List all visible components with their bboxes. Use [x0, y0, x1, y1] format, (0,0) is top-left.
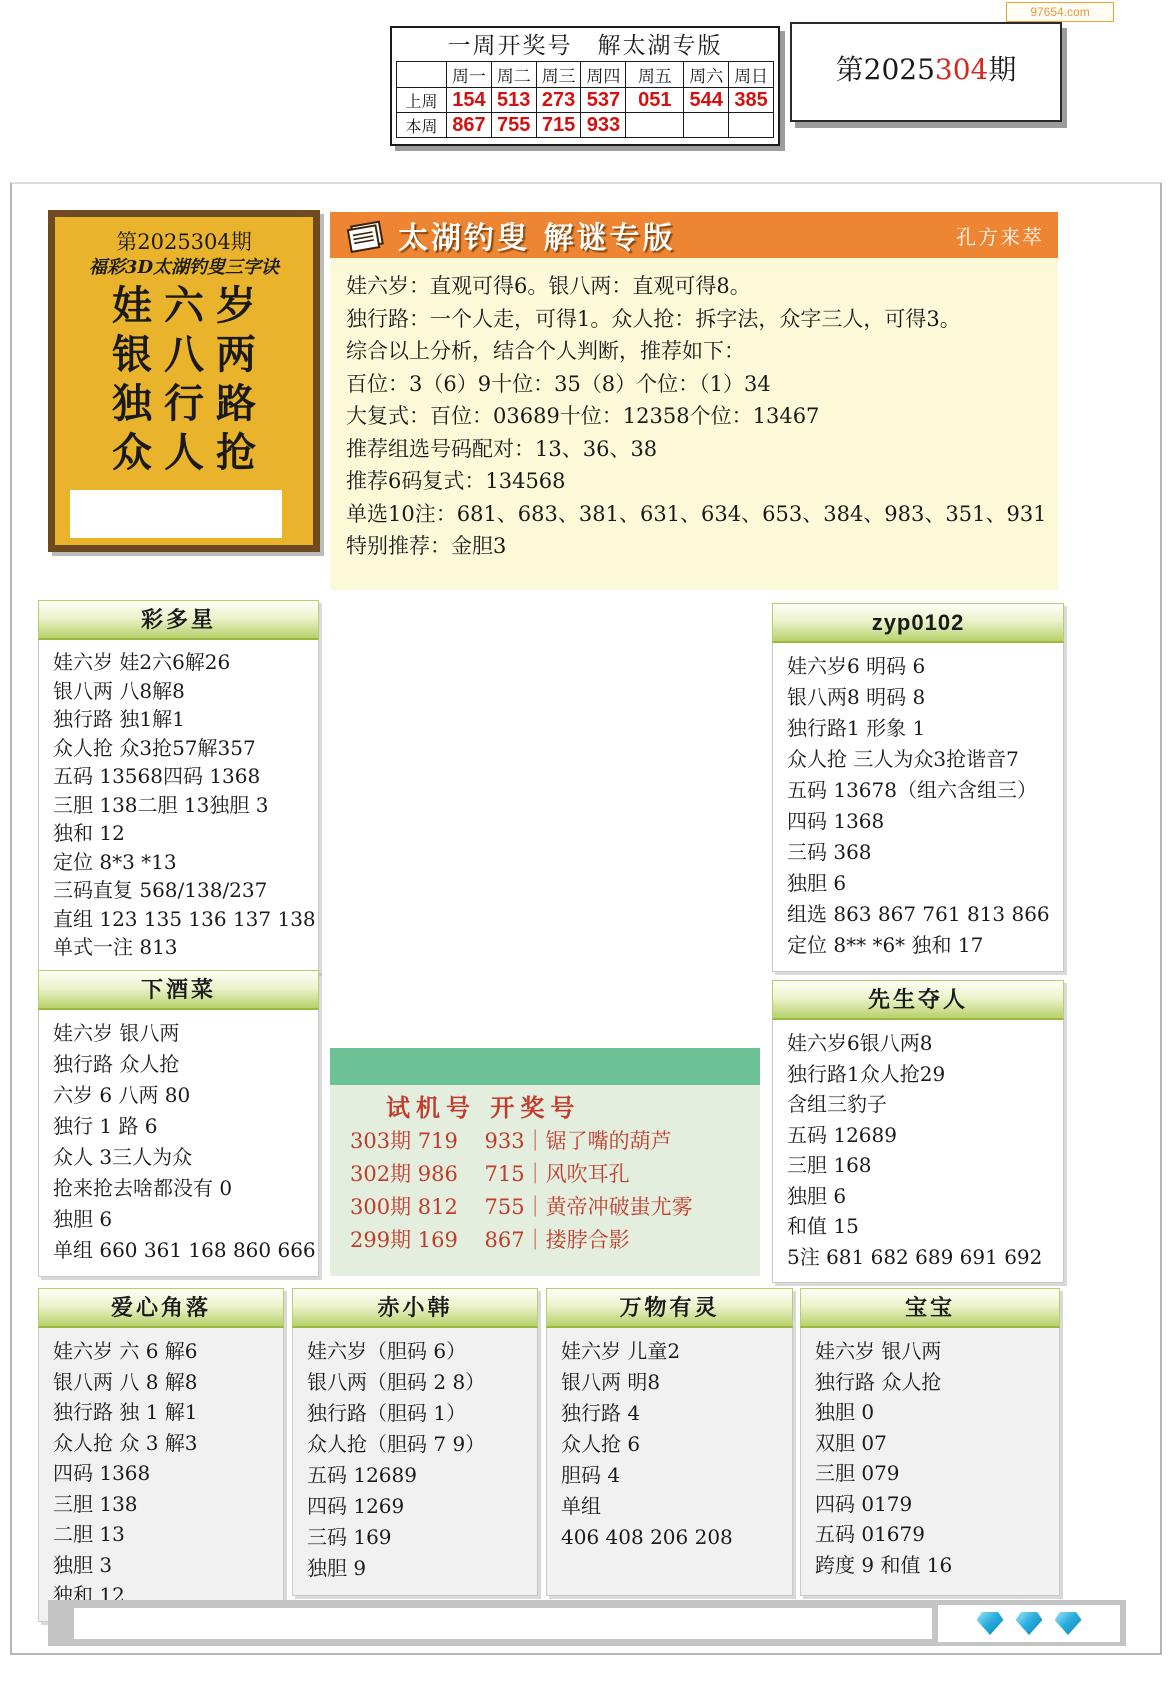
text-line: 推荐组选号码配对：13、36、38: [346, 433, 1042, 466]
text-line: 四码 1269: [307, 1491, 525, 1522]
text-line: 三码 368: [787, 837, 1051, 868]
text-line: 三胆 138二胆 13独胆 3: [53, 791, 306, 820]
watermark: 97654.com: [1006, 2, 1114, 22]
text-line: 双胆 07: [815, 1428, 1047, 1459]
gold-riddle-box: 第2025304期 福彩3D太湖钓叟三字诀 娃六岁 银八两 独行路 众人抢: [48, 210, 320, 552]
draw-number: 933: [581, 113, 626, 138]
text-line: 五码 01679: [815, 1519, 1047, 1550]
text-line: 大复式：百位：03689十位：12358个位：13467: [346, 400, 1042, 433]
week-header-row: 周一 周二 周三 周四 周五 周六 周日: [397, 62, 774, 88]
bottom-bar: [48, 1600, 1126, 1646]
draw-number: [626, 113, 684, 138]
text-line: 综合以上分析，结合个人判断，推荐如下：: [346, 335, 1042, 368]
text-line: 六岁 6 八两 80: [53, 1080, 306, 1111]
text-line: 银八两（胆码 2 8）: [307, 1367, 525, 1398]
text-line: 含组三豹子: [787, 1089, 1051, 1120]
machine-draw-panel: 试机号 开奖号 303期 719 933｜锯了嘴的葫芦302期 986 715｜…: [330, 1048, 760, 1276]
text-line: 四码 1368: [53, 1458, 271, 1489]
draw-number: 867: [447, 113, 492, 138]
text-line: 四码 0179: [815, 1489, 1047, 1520]
riddle-line: 娃六岁: [55, 281, 313, 330]
text-line: 独胆 9: [307, 1553, 525, 1584]
riddle-line: 银八两: [55, 330, 313, 379]
draw-number: 755: [491, 113, 536, 138]
panel-caiduoxing-title: 彩多星: [38, 600, 319, 640]
panel-caiduoxing-body: 娃六岁 娃2六6解26银八两 八8解8独行路 独1解1众人抢 众3抢57解357…: [38, 640, 319, 973]
text-line: 302期 986 715｜风吹耳孔: [330, 1158, 760, 1191]
text-line: 众人抢 众3抢57解357: [53, 734, 306, 763]
text-line: 跨度 9 和值 16: [815, 1550, 1047, 1581]
panel-zyp0102-title: zyp0102: [772, 603, 1064, 643]
riddle-line: 独行路: [55, 379, 313, 428]
gem-icon: [977, 1612, 1004, 1635]
text-line: 银八两8 明码 8: [787, 682, 1051, 713]
text-line: 娃六岁 银八两: [53, 1018, 306, 1049]
weekly-draw-title: 一周开奖号 解太湖专版: [396, 31, 774, 61]
text-line: 三胆 079: [815, 1458, 1047, 1489]
text-line: 银八两 八 8 解8: [53, 1367, 271, 1398]
text-line: 三胆 168: [787, 1150, 1051, 1181]
issue-number-box: 第2025304期: [790, 22, 1062, 122]
text-line: 独胆 3: [53, 1550, 271, 1581]
text-line: 406 408 206 208: [561, 1522, 780, 1553]
week-table: 周一 周二 周三 周四 周五 周六 周日 上周 154 513 273 537 …: [396, 61, 774, 138]
panel-zyp0102-body: 娃六岁6 明码 6银八两8 明码 8独行路1 形象 1众人抢 三人为众3抢谐音7…: [772, 643, 1064, 972]
text-line: 三胆 138: [53, 1489, 271, 1520]
machine-panel-body: 试机号 开奖号 303期 719 933｜锯了嘴的葫芦302期 986 715｜…: [330, 1085, 760, 1276]
text-line: 300期 812 755｜黄帝冲破蚩尤雾: [330, 1191, 760, 1224]
week-header-cell: 周二: [491, 62, 536, 88]
issue-prefix: 第2025: [836, 53, 935, 86]
main-panel-title: 太湖钓叟 解谜专版: [398, 213, 675, 257]
text-line: 和值 15: [787, 1211, 1051, 1242]
panel-xianshengduoren-body: 娃六岁6银八两8独行路1众人抢29含组三豹子五码 12689三胆 168独胆 6…: [772, 1020, 1064, 1283]
panel-wanwuyouling-body: 娃六岁 儿童2银八两 明8独行路 4众人抢 6胆码 4单组406 408 206…: [546, 1328, 793, 1596]
machine-history-list: 303期 719 933｜锯了嘴的葫芦302期 986 715｜风吹耳孔300期…: [330, 1125, 760, 1257]
text-line: 银八两 八8解8: [53, 677, 306, 706]
text-line: 5注 681 682 689 691 692: [787, 1242, 1051, 1273]
text-line: 四码 1368: [787, 806, 1051, 837]
text-line: 五码 13568四码 1368: [53, 762, 306, 791]
panel-aixinjiaoluo-title: 爱心角落: [38, 1288, 284, 1328]
machine-panel-title: 试机号 开奖号: [330, 1091, 760, 1125]
text-line: 299期 169 867｜搂脖合影: [330, 1224, 760, 1257]
text-line: 娃六岁 娃2六6解26: [53, 648, 306, 677]
gem-box: [938, 1605, 1120, 1642]
text-line: 娃六岁（胆码 6）: [307, 1336, 525, 1367]
this-week-row: 本周 867 755 715 933: [397, 113, 774, 138]
taihu-lottery-sheet: 97654.com 一周开奖号 解太湖专版 周一 周二 周三 周四 周五 周六 …: [0, 0, 1172, 1691]
panel-wanwuyouling: 万物有灵 娃六岁 儿童2银八两 明8独行路 4众人抢 6胆码 4单组406 40…: [546, 1288, 793, 1596]
riddle-line: 众人抢: [55, 428, 313, 477]
bottom-blank-strip: [74, 1608, 932, 1639]
text-line: 独胆 6: [53, 1204, 306, 1235]
draw-number: 537: [581, 88, 626, 113]
text-line: 独行路1 形象 1: [787, 713, 1051, 744]
panel-chixiaohan: 赤小韩 娃六岁（胆码 6）银八两（胆码 2 8）独行路（胆码 1）众人抢（胆码 …: [292, 1288, 538, 1596]
text-line: 二胆 13: [53, 1519, 271, 1550]
text-line: 独行路 众人抢: [815, 1367, 1047, 1398]
text-line: 众人抢 三人为众3抢谐音7: [787, 744, 1051, 775]
issue-suffix: 期: [988, 53, 1016, 86]
text-line: 独行路1众人抢29: [787, 1059, 1051, 1090]
text-line: 特别推荐：金胆3: [346, 530, 1042, 563]
text-line: 五码 12689: [307, 1460, 525, 1491]
text-line: 抢来抢去啥都没有 0: [53, 1173, 306, 1204]
week-header-cell: 周三: [536, 62, 581, 88]
text-line: 单组: [561, 1491, 780, 1522]
panel-xiajiucai-body: 娃六岁 银八两独行路 众人抢六岁 6 八两 80独行 1 路 6众人 3三人为众…: [38, 1010, 319, 1277]
text-line: 独行路：一个人走，可得1。众人抢：拆字法，众字三人，可得3。: [346, 303, 1042, 336]
text-line: 娃六岁6银八两8: [787, 1028, 1051, 1059]
gold-box-subtitle: 福彩3D太湖钓叟三字诀: [55, 255, 313, 281]
panel-xiajiucai-title: 下酒菜: [38, 970, 319, 1010]
week-header-cell: 周五: [626, 62, 684, 88]
draw-number: 051: [626, 88, 684, 113]
text-line: 独和 12: [53, 819, 306, 848]
draw-number: 544: [684, 88, 729, 113]
text-line: 独胆 6: [787, 1181, 1051, 1212]
weekly-draw-box: 一周开奖号 解太湖专版 周一 周二 周三 周四 周五 周六 周日 上周 154 …: [390, 26, 780, 146]
text-line: 单式一注 813: [53, 933, 306, 962]
panel-baobao-body: 娃六岁 银八两独行路 众人抢独胆 0双胆 07三胆 079四码 0179五码 0…: [800, 1328, 1060, 1596]
text-line: 独行路（胆码 1）: [307, 1398, 525, 1429]
row-label: 上周: [397, 88, 447, 113]
text-line: 众人抢 6: [561, 1429, 780, 1460]
blank-strip: [70, 490, 282, 538]
text-line: 众人抢（胆码 7 9）: [307, 1429, 525, 1460]
panel-caiduoxing: 彩多星 娃六岁 娃2六6解26银八两 八8解8独行路 独1解1众人抢 众3抢57…: [38, 600, 319, 973]
text-line: 独行路 独1解1: [53, 705, 306, 734]
draw-number: 385: [729, 88, 774, 113]
gold-box-issue: 第2025304期: [55, 229, 313, 255]
text-line: 直组 123 135 136 137 138: [53, 905, 306, 934]
text-line: 定位 8*3 *13: [53, 848, 306, 877]
machine-panel-header-strip: [330, 1048, 760, 1085]
text-line: 独行路 独 1 解1: [53, 1397, 271, 1428]
text-line: 三码直复 568/138/237: [53, 876, 306, 905]
text-line: 推荐6码复式：134568: [346, 465, 1042, 498]
panel-zyp0102: zyp0102 娃六岁6 明码 6银八两8 明码 8独行路1 形象 1众人抢 三…: [772, 603, 1064, 972]
main-panel-right-label: 孔方来萃: [956, 221, 1044, 250]
row-label: 本周: [397, 113, 447, 138]
week-header-cell: 周四: [581, 62, 626, 88]
text-line: 娃六岁：直观可得6。银八两：直观可得8。: [346, 270, 1042, 303]
week-header-cell: 周日: [729, 62, 774, 88]
panel-xianshengduoren-title: 先生夺人: [772, 980, 1064, 1020]
text-line: 独行 1 路 6: [53, 1111, 306, 1142]
panel-aixinjiaoluo: 爱心角落 娃六岁 六 6 解6银八两 八 8 解8独行路 独 1 解1众人抢 众…: [38, 1288, 284, 1622]
text-line: 娃六岁6 明码 6: [787, 651, 1051, 682]
text-line: 胆码 4: [561, 1460, 780, 1491]
text-line: 独行路 众人抢: [53, 1049, 306, 1080]
panel-wanwuyouling-title: 万物有灵: [546, 1288, 793, 1328]
panel-xianshengduoren: 先生夺人 娃六岁6银八两8独行路1众人抢29含组三豹子五码 12689三胆 16…: [772, 980, 1064, 1283]
text-line: 独胆 0: [815, 1397, 1047, 1428]
last-week-row: 上周 154 513 273 537 051 544 385: [397, 88, 774, 113]
text-line: 五码 13678（组六含组三）: [787, 775, 1051, 806]
text-line: 众人抢 众 3 解3: [53, 1428, 271, 1459]
issue-number: 304: [935, 53, 988, 86]
draw-number: [729, 113, 774, 138]
panel-chixiaohan-title: 赤小韩: [292, 1288, 538, 1328]
newspaper-icon: [344, 217, 390, 253]
text-line: 娃六岁 六 6 解6: [53, 1336, 271, 1367]
text-line: 单组 660 361 168 860 666: [53, 1235, 306, 1266]
text-line: 百位：3（6）9十位：35（8）个位：（1）34: [346, 368, 1042, 401]
draw-number: 154: [447, 88, 492, 113]
draw-number: 513: [491, 88, 536, 113]
panel-chixiaohan-body: 娃六岁（胆码 6）银八两（胆码 2 8）独行路（胆码 1）众人抢（胆码 7 9）…: [292, 1328, 538, 1596]
text-line: 单选10注：681、683、381、631、634、653、384、983、35…: [346, 498, 1042, 531]
text-line: 众人 3三人为众: [53, 1142, 306, 1173]
main-panel-header: 太湖钓叟 解谜专版 孔方来萃: [330, 212, 1058, 258]
week-header-cell: 周一: [447, 62, 492, 88]
text-line: 五码 12689: [787, 1120, 1051, 1151]
text-line: 银八两 明8: [561, 1367, 780, 1398]
text-line: 娃六岁 银八两: [815, 1336, 1047, 1367]
text-line: 定位 8** *6* 独和 17: [787, 930, 1051, 961]
week-header-cell: 周六: [684, 62, 729, 88]
panel-baobao: 宝宝 娃六岁 银八两独行路 众人抢独胆 0双胆 07三胆 079四码 0179五…: [800, 1288, 1060, 1596]
analysis-body: 娃六岁：直观可得6。银八两：直观可得8。独行路：一个人走，可得1。众人抢：拆字法…: [330, 258, 1058, 590]
text-line: 娃六岁 儿童2: [561, 1336, 780, 1367]
text-line: 三码 169: [307, 1522, 525, 1553]
text-line: 组选 863 867 761 813 866: [787, 899, 1051, 930]
gem-icon: [1016, 1612, 1043, 1635]
draw-number: 715: [536, 113, 581, 138]
draw-number: [684, 113, 729, 138]
panel-baobao-title: 宝宝: [800, 1288, 1060, 1328]
text-line: 独胆 6: [787, 868, 1051, 899]
panel-xiajiucai: 下酒菜 娃六岁 银八两独行路 众人抢六岁 6 八两 80独行 1 路 6众人 3…: [38, 970, 319, 1277]
text-line: 303期 719 933｜锯了嘴的葫芦: [330, 1125, 760, 1158]
gem-icon: [1055, 1612, 1082, 1635]
draw-number: 273: [536, 88, 581, 113]
text-line: 独行路 4: [561, 1398, 780, 1429]
panel-aixinjiaoluo-body: 娃六岁 六 6 解6银八两 八 8 解8独行路 独 1 解1众人抢 众 3 解3…: [38, 1328, 284, 1622]
